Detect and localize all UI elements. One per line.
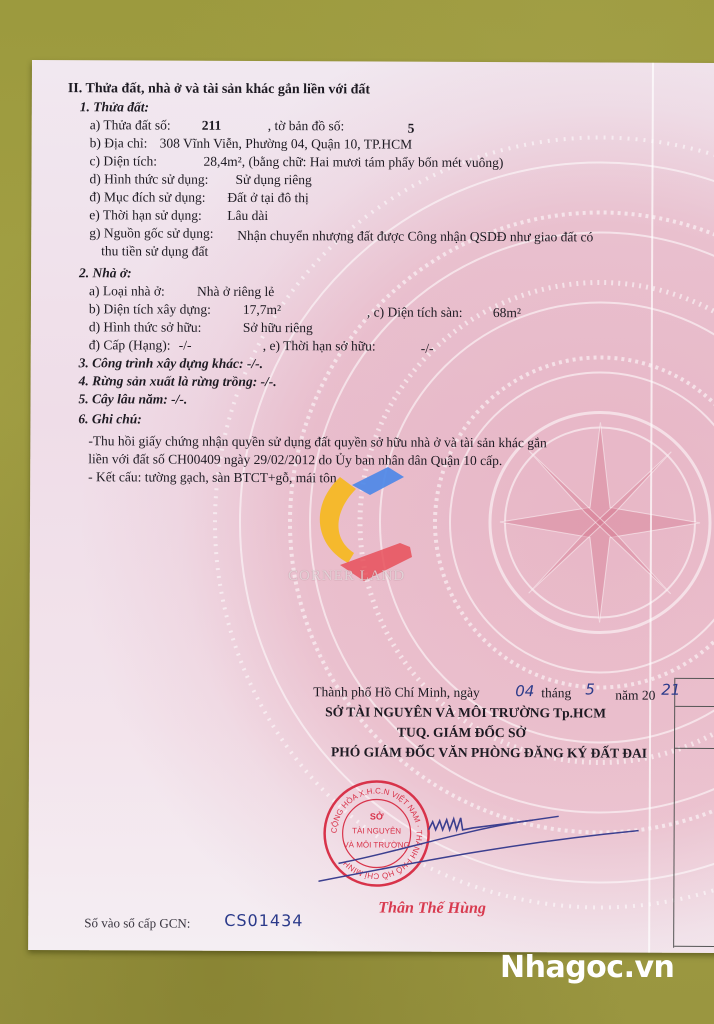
purpose-value: Đất ở tại đô thị [227, 191, 308, 205]
signer-name: Thân Thế Hùng [378, 900, 486, 918]
perennial-trees: 5. Cây lâu năm: -/-. [78, 392, 187, 406]
notes-heading: 6. Ghi chú: [78, 412, 141, 426]
date-month: 5 [585, 682, 595, 697]
svg-text:VÀ MÔI TRƯỜNG: VÀ MÔI TRƯỜNG [343, 840, 409, 849]
map-label: , tờ bản đồ số: [268, 119, 345, 133]
build-area-value: 17,7m² [243, 303, 281, 317]
corner-land-logo-text: CORNER LAND [288, 568, 405, 585]
floor-area-label: , c) Diện tích sàn: [367, 305, 463, 319]
own-term-value: -/- [421, 342, 434, 356]
official-stamp: CỘNG HÒA X.H.C.N VIỆT NAM · THÀNH PHỐ HỒ… [318, 771, 649, 892]
svg-text:SỞ: SỞ [370, 810, 384, 821]
floor-area-value: 68m² [493, 306, 521, 320]
own-term-label: , e) Thời hạn sở hữu: [263, 339, 376, 353]
corner-land-logo-icon [300, 465, 450, 585]
house-type-label: a) Loại nhà ở: [89, 284, 165, 298]
other-construction: 3. Công trình xây dựng khác: -/-. [79, 356, 263, 370]
ownership-label: d) Hình thức sở hữu: [89, 320, 202, 334]
ownership-value: Sở hữu riêng [243, 321, 313, 335]
date-prefix: Thành phố Hồ Chí Minh, ngày [313, 685, 480, 699]
parcel-label: a) Thửa đất số: [90, 118, 171, 132]
term-value: Lâu dài [227, 209, 268, 223]
year-label: năm 20 [615, 689, 655, 703]
area-label: c) Diện tích: [90, 154, 158, 168]
grade-label: đ) Cấp (Hạng): [89, 338, 171, 352]
map-number: 5 [408, 122, 415, 136]
date-day: 04 [515, 684, 534, 699]
build-area-label: b) Diện tích xây dựng: [89, 302, 211, 316]
origin-value-line1: Nhận chuyển nhượng đất được Công nhận QS… [237, 229, 593, 244]
tuq-line: TUQ. GIÁM ĐỐC SỞ [397, 726, 526, 740]
registry-label: Số vào sổ cấp GCN: [84, 916, 190, 929]
section-title: II. Thửa đất, nhà ở và tài sản khác gắn … [68, 82, 370, 97]
purpose-label: đ) Mục đích sử dụng: [89, 190, 205, 204]
area-value: 28,4m², (bằng chữ: Hai mươi tám phẩy bốn… [204, 155, 504, 170]
note-line-1: -Thu hồi giấy chứng nhận quyền sử dụng đ… [88, 434, 546, 449]
use-form-label: d) Hình thức sử dụng: [89, 172, 208, 186]
term-label: e) Thời hạn sử dụng: [89, 208, 202, 222]
org-name: SỞ TÀI NGUYÊN VÀ MÔI TRƯỜNG Tp.HCM [325, 705, 606, 720]
site-watermark: Nhagoc.vn [500, 950, 674, 985]
registry-number: CS01434 [224, 913, 303, 929]
house-heading: 2. Nhà ở: [79, 266, 132, 280]
date-year: 21 [661, 683, 680, 698]
land-heading: 1. Thửa đất: [80, 100, 149, 114]
adjacent-page-table [673, 678, 714, 948]
address-value: 308 Vĩnh Viễn, Phường 04, Quận 10, TP.HC… [160, 137, 413, 152]
address-label: b) Địa chỉ: [90, 136, 148, 150]
svg-text:TÀI NGUYÊN: TÀI NGUYÊN [352, 826, 401, 835]
signer-title: PHÓ GIÁM ĐỐC VĂN PHÒNG ĐĂNG KÝ ĐẤT ĐAI [331, 745, 647, 760]
parcel-number: 211 [202, 119, 222, 133]
house-type-value: Nhà ở riêng lẻ [197, 285, 274, 299]
grade-value: -/- [179, 339, 192, 353]
origin-label: g) Nguồn gốc sử dụng: [89, 226, 213, 240]
month-label: tháng [541, 686, 571, 700]
production-forest: 4. Rừng sản xuất là rừng trồng: -/-. [79, 374, 277, 388]
use-form-value: Sử dụng riêng [235, 173, 311, 187]
origin-value-line2: thu tiền sử dụng đất [101, 244, 208, 258]
